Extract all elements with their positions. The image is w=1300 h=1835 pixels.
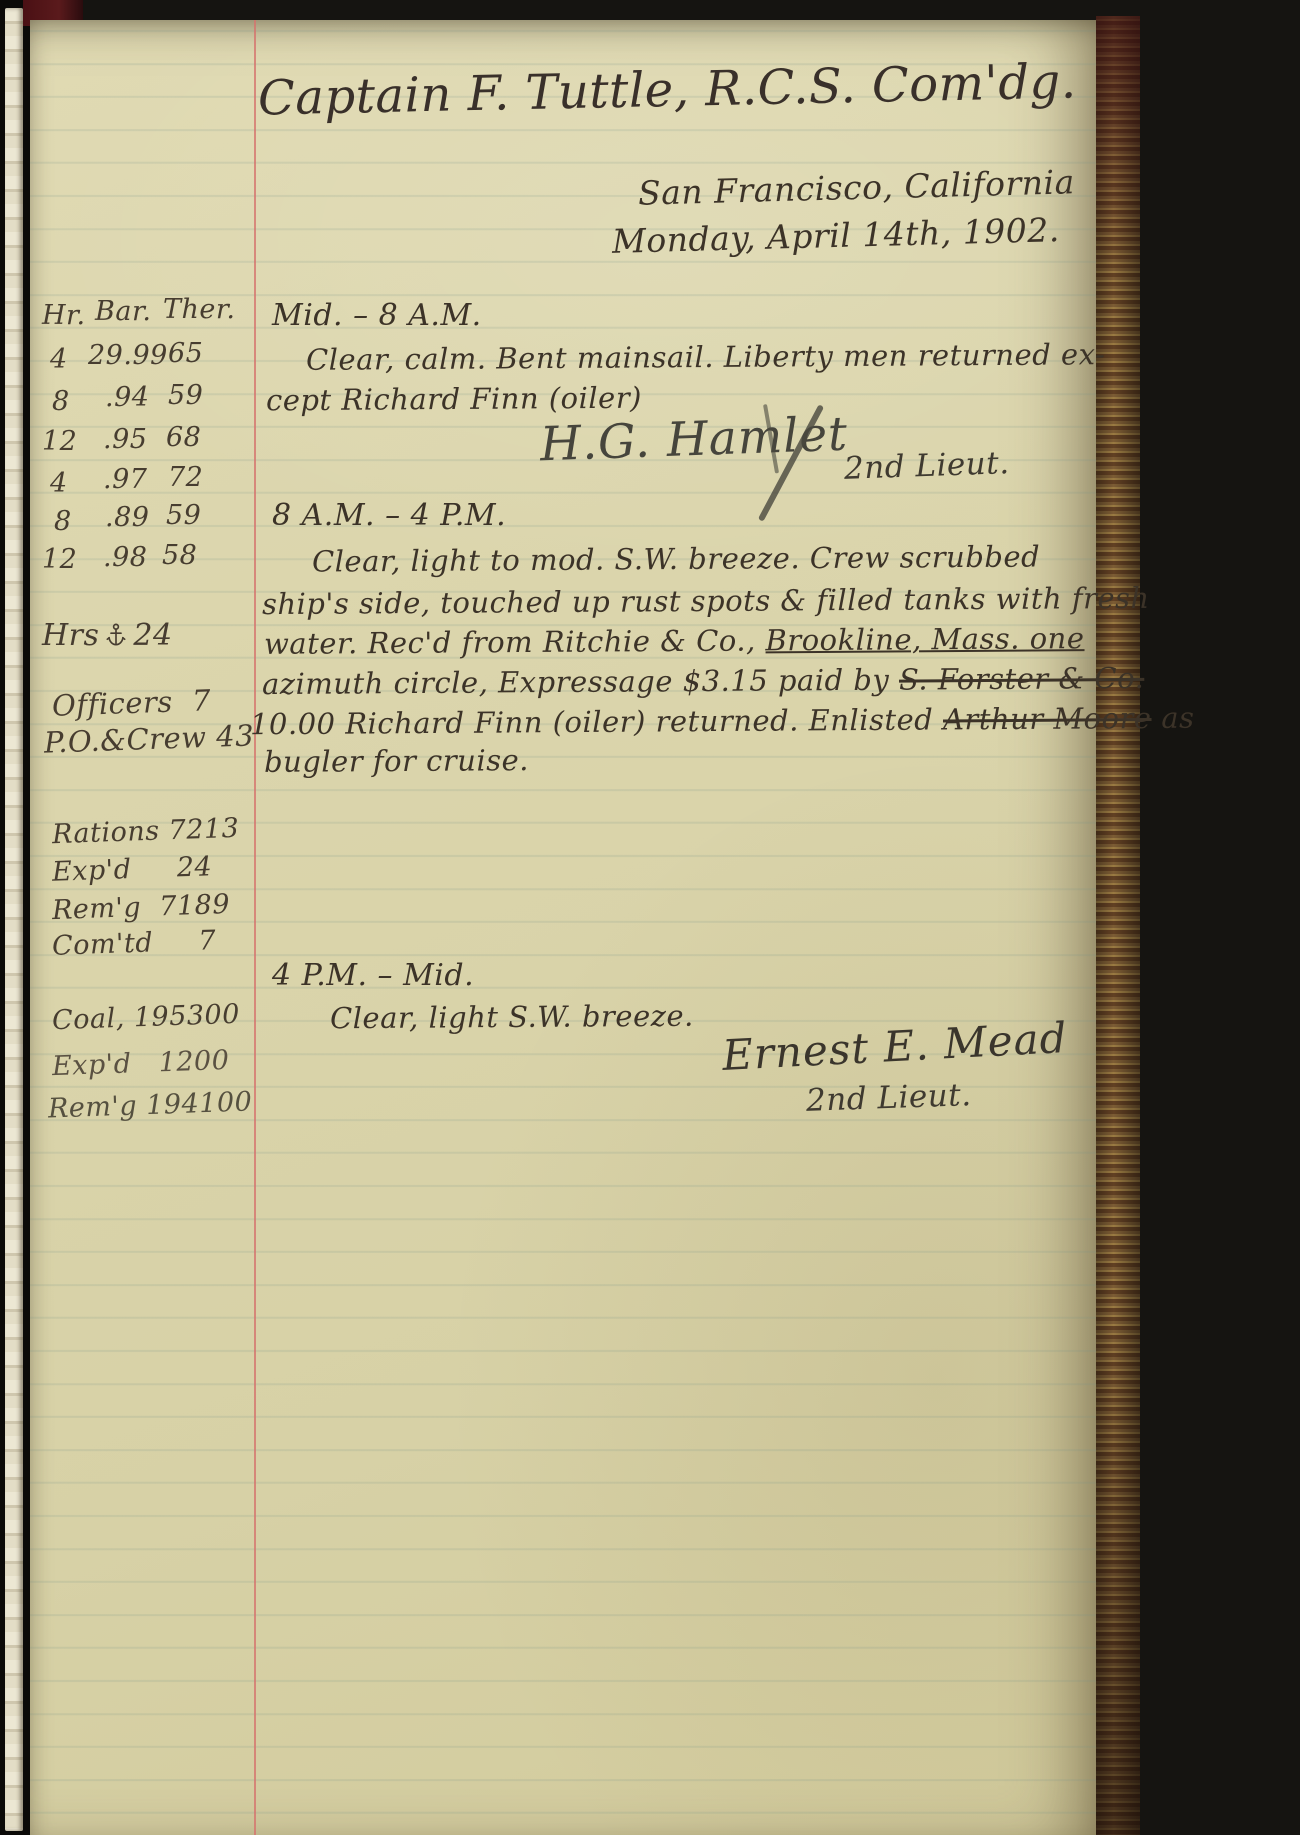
table-cell: 4 bbox=[50, 468, 68, 499]
coal-label: Coal, bbox=[52, 1003, 126, 1037]
table-cell: .97 bbox=[103, 464, 147, 495]
hours-label: Hrs bbox=[42, 618, 99, 653]
po-crew-label: P.O.&Crew bbox=[43, 720, 207, 760]
remg-label: Rem'g bbox=[52, 892, 142, 926]
entry-heading: 8 A.M. – 4 P.M. bbox=[272, 498, 506, 533]
entry-line: 10.00 Richard Finn (oiler) returned. Enl… bbox=[250, 701, 1195, 742]
table-cell: .95 bbox=[103, 424, 147, 455]
officers-value: 7 bbox=[191, 683, 211, 718]
entry-line: ship's side, touched up rust spots & fil… bbox=[262, 581, 1150, 621]
line-text: as bbox=[1151, 701, 1194, 735]
entry-line: cept Richard Finn (oiler) bbox=[266, 381, 642, 418]
rations-row: Rations 7213 bbox=[52, 813, 240, 851]
line-struck-text: Arthur Moore bbox=[943, 701, 1152, 736]
coal-value: 195300 bbox=[133, 999, 240, 1034]
entry-heading: 4 P.M. – Mid. bbox=[272, 958, 474, 993]
line-struck-text: S. Forster & Co. bbox=[899, 661, 1145, 697]
table-cell: 12 bbox=[42, 544, 77, 575]
signature-title: 2nd Lieut. bbox=[843, 445, 1010, 487]
remg-value: 7189 bbox=[159, 889, 231, 922]
line-text: Clear, calm. Bent mainsail. Liberty men … bbox=[306, 337, 1105, 377]
line-text: azimuth circle, Expressage $3.15 paid by bbox=[262, 663, 899, 701]
rations-row: Exp'd 24 bbox=[52, 851, 213, 888]
line-underlined-text: Brookline, Mass. one bbox=[765, 621, 1084, 657]
table-cell: 8 bbox=[52, 386, 70, 417]
entry-line: Clear, light to mod. S.W. breeze. Crew s… bbox=[312, 539, 1040, 578]
col-header-hr: Hr. bbox=[42, 300, 86, 331]
officers-note: Officers 7 bbox=[51, 683, 211, 723]
coal-row: Coal, 195300 bbox=[52, 999, 241, 1037]
line-text: Clear, light to mod. S.W. breeze. Crew s… bbox=[312, 539, 1040, 578]
rations-row: Com'td 7 bbox=[52, 925, 217, 962]
table-cell: 29.99 bbox=[88, 340, 168, 371]
entry-line: bugler for cruise. bbox=[264, 743, 529, 779]
table-cell: 65 bbox=[168, 338, 203, 369]
signature-title: 2nd Lieut. bbox=[805, 1077, 972, 1119]
entry-line: azimuth circle, Expressage $3.15 paid by… bbox=[262, 661, 1145, 701]
entry-line: water. Rec'd from Ritchie & Co., Brookli… bbox=[264, 621, 1085, 661]
rations-value: 7213 bbox=[168, 813, 240, 846]
line-text: water. Rec'd from Ritchie & Co., bbox=[264, 623, 766, 661]
expd-value: 24 bbox=[176, 851, 212, 883]
table-cell: .89 bbox=[105, 502, 149, 533]
hours-at-anchor-note: Hrs24 bbox=[42, 618, 173, 657]
table-cell: .94 bbox=[105, 382, 149, 413]
col-header-ther: Ther. bbox=[163, 294, 235, 325]
officers-label: Officers bbox=[51, 685, 173, 723]
coal-row: Exp'd 1200 bbox=[52, 1045, 230, 1082]
rations-row: Rem'g 7189 bbox=[52, 889, 231, 926]
table-cell: .98 bbox=[103, 542, 147, 573]
coal-remg-value: 194100 bbox=[146, 1086, 253, 1121]
table-cell: 59 bbox=[166, 500, 201, 531]
entry-line: Clear, calm. Bent mainsail. Liberty men … bbox=[306, 337, 1105, 377]
table-cell: 4 bbox=[50, 344, 68, 375]
table-cell: 8 bbox=[54, 506, 72, 537]
coal-expd-label: Exp'd bbox=[52, 1048, 132, 1082]
expd-label: Exp'd bbox=[52, 854, 132, 888]
po-crew-value: 43 bbox=[216, 718, 255, 753]
col-header-bar: Bar. bbox=[95, 296, 151, 327]
rations-label: Rations bbox=[52, 816, 161, 851]
table-cell: 59 bbox=[168, 380, 203, 411]
coal-expd-value: 1200 bbox=[158, 1045, 230, 1078]
hours-value: 24 bbox=[133, 618, 172, 653]
table-cell: 12 bbox=[42, 426, 77, 457]
line-text: ship's side, touched up rust spots & fil… bbox=[262, 581, 1150, 621]
table-cell: 72 bbox=[168, 462, 203, 493]
entry-line: Clear, light S.W. breeze. bbox=[330, 999, 694, 1036]
line-text: bugler for cruise. bbox=[264, 743, 529, 779]
anchor-icon bbox=[105, 622, 127, 657]
line-text: 10.00 Richard Finn (oiler) returned. Enl… bbox=[250, 702, 943, 741]
comtd-value: 7 bbox=[198, 925, 217, 957]
comtd-label: Com'td bbox=[52, 927, 154, 962]
coal-remg-label: Rem'g bbox=[48, 1090, 138, 1124]
line-text: Clear, light S.W. breeze. bbox=[330, 999, 694, 1036]
logbook-photo: Captain F. Tuttle, R.C.S. Com'dg. San Fr… bbox=[0, 0, 1300, 1835]
red-margin-line bbox=[254, 20, 256, 1835]
table-cell: 58 bbox=[162, 540, 197, 571]
page-stack-edge bbox=[5, 8, 23, 1831]
table-cell: 68 bbox=[166, 422, 201, 453]
line-text: cept Richard Finn (oiler) bbox=[266, 381, 642, 418]
entry-heading: Mid. – 8 A.M. bbox=[272, 298, 482, 333]
fore-edge-pages bbox=[1096, 16, 1140, 1835]
